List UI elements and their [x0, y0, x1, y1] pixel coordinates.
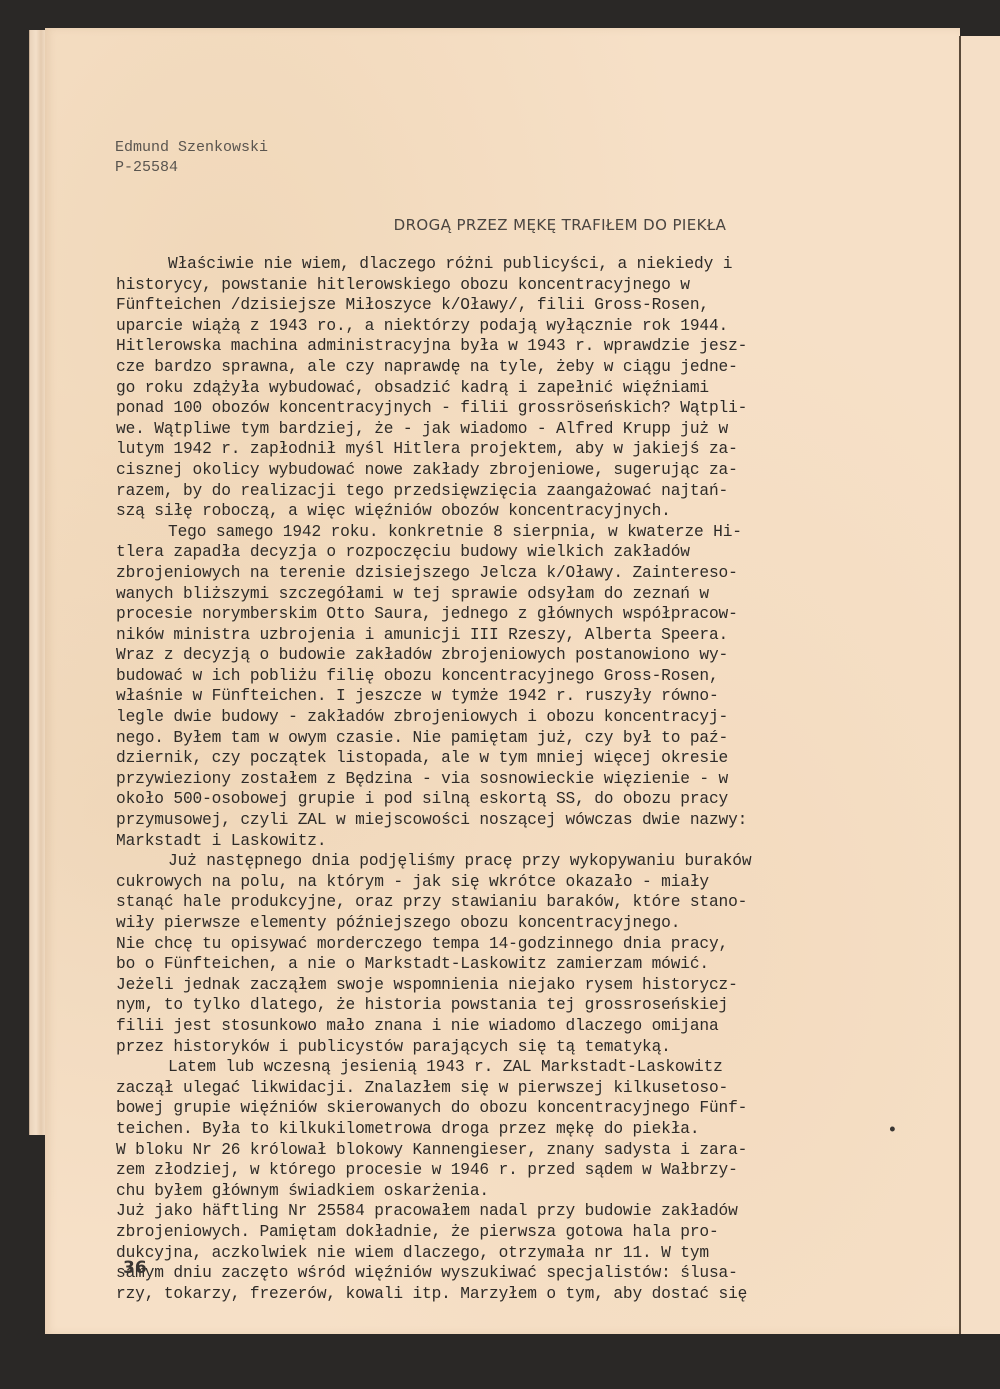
text-line: budować w ich pobliżu filię obozu koncen… — [116, 666, 906, 687]
text-line: zbrojeniowych. Pamiętam dokładnie, że pi… — [116, 1222, 906, 1243]
text-line: W bloku Nr 26 królował blokowy Kannengie… — [116, 1140, 906, 1161]
text-line: przywieziony zostałem z Będzina - via so… — [116, 769, 906, 790]
text-line: szą siłę roboczą, a więc więźniów obozów… — [116, 501, 906, 522]
text-line: wanych bliższymi szczegółami w tej spraw… — [116, 584, 906, 605]
text-line: Hitlerowska machina administracyjna była… — [116, 336, 906, 357]
text-line: historycy, powstanie hitlerowskiego oboz… — [116, 275, 906, 296]
text-line: razem, by do realizacji tego przedsięwzi… — [116, 481, 906, 502]
text-line: cukrowych na polu, na którym - jak się w… — [116, 872, 906, 893]
author-name: Edmund Szenkowski — [115, 138, 268, 158]
next-page-edge — [959, 36, 1000, 1334]
text-line: bo o Fünfteichen, a nie o Markstadt-Lask… — [116, 954, 906, 975]
text-line: stanąć hale produkcyjne, oraz przy stawi… — [116, 892, 906, 913]
text-line: rzy, tokarzy, frezerów, kowali itp. Marz… — [116, 1284, 906, 1305]
text-line: legle dwie budowy - zakładów zbrojeniowy… — [116, 707, 906, 728]
body-text: Właściwie nie wiem, dlaczego różni publi… — [116, 254, 906, 1304]
text-line: filii jest stosunkowo mało znana i nie w… — [116, 1016, 906, 1037]
text-line: cisznej okolicy wybudować nowe zakłady z… — [116, 460, 906, 481]
text-line: Nie chcę tu opisywać morderczego tempa 1… — [116, 934, 906, 955]
text-line: zem złodziej, w którego procesie w 1946 … — [116, 1160, 906, 1181]
text-line: samym dniu zaczęto wśród więźniów wyszuk… — [116, 1263, 906, 1284]
text-line: go roku zdążyła wybudować, obsadzić kadr… — [116, 378, 906, 399]
text-line: Fünfteichen /dzisiejsze Miłoszyce k/Oław… — [116, 295, 906, 316]
author-block: Edmund Szenkowski P-25584 — [115, 138, 268, 178]
text-line: Latem lub wczesną jesienią 1943 r. ZAL M… — [116, 1057, 906, 1078]
text-line: bowej grupie więźniów skierowanych do ob… — [116, 1098, 906, 1119]
text-line: Jeżeli jednak zacząłem swoje wspomnienia… — [116, 975, 906, 996]
prisoner-number: P-25584 — [115, 158, 268, 178]
text-line: Wraz z decyzją o budowie zakładów zbroje… — [116, 645, 906, 666]
text-line: zaczął ulegać likwidacji. Znalazłem się … — [116, 1078, 906, 1099]
text-line: zbrojeniowych na terenie dzisiejszego Je… — [116, 563, 906, 584]
text-line: wiły pierwsze elementy późniejszego oboz… — [116, 913, 906, 934]
text-line: Już jako häftling Nr 25584 pracowałem na… — [116, 1201, 906, 1222]
text-line: Markstadt i Laskowitz. — [116, 831, 906, 852]
text-line: teichen. Była to kilkukilometrowa droga … — [116, 1119, 906, 1140]
text-line: we. Wątpliwe tym bardziej, że - jak wiad… — [116, 419, 906, 440]
margin-mark: • — [887, 1121, 898, 1141]
text-line: nego. Byłem tam w owym czasie. Nie pamię… — [116, 728, 906, 749]
text-line: cze bardzo sprawna, ale czy naprawdę na … — [116, 357, 906, 378]
text-line: chu byłem głównym świadkiem oskarżenia. — [116, 1181, 906, 1202]
text-line: procesie norymberskim Otto Saura, jedneg… — [116, 604, 906, 625]
text-line: tlera zapadła decyzja o rozpoczęciu budo… — [116, 542, 906, 563]
text-line: właśnie w Fünfteichen. I jeszcze w tymże… — [116, 686, 906, 707]
text-line: około 500-osobowej grupie i pod silną es… — [116, 789, 906, 810]
text-line: Już następnego dnia podjęliśmy pracę prz… — [116, 851, 906, 872]
page-number: 36 — [123, 1258, 147, 1278]
text-line: Właściwie nie wiem, dlaczego różni publi… — [116, 254, 906, 275]
page-title: DROGĄ PRZEZ MĘKĘ TRAFIŁEM DO PIEKŁA — [100, 216, 900, 234]
text-line: ponad 100 obozów koncentracyjnych - fili… — [116, 398, 906, 419]
text-line: uparcie wiążą z 1943 ro., a niektórzy po… — [116, 316, 906, 337]
text-line: ników ministra uzbrojenia i amunicji III… — [116, 625, 906, 646]
text-line: przymusowej, czyli ZAL w miejscowości no… — [116, 810, 906, 831]
text-line: nym, to tylko dlatego, że historia powst… — [116, 995, 906, 1016]
text-line: lutym 1942 r. zapłodnił myśl Hitlera pro… — [116, 439, 906, 460]
text-line: przez historyków i publicystów parającyc… — [116, 1037, 906, 1058]
text-line: Tego samego 1942 roku. konkretnie 8 sier… — [116, 522, 906, 543]
text-line: dziernik, czy początek listopada, ale w … — [116, 748, 906, 769]
text-line: dukcyjna, aczkolwiek nie wiem dlaczego, … — [116, 1243, 906, 1264]
